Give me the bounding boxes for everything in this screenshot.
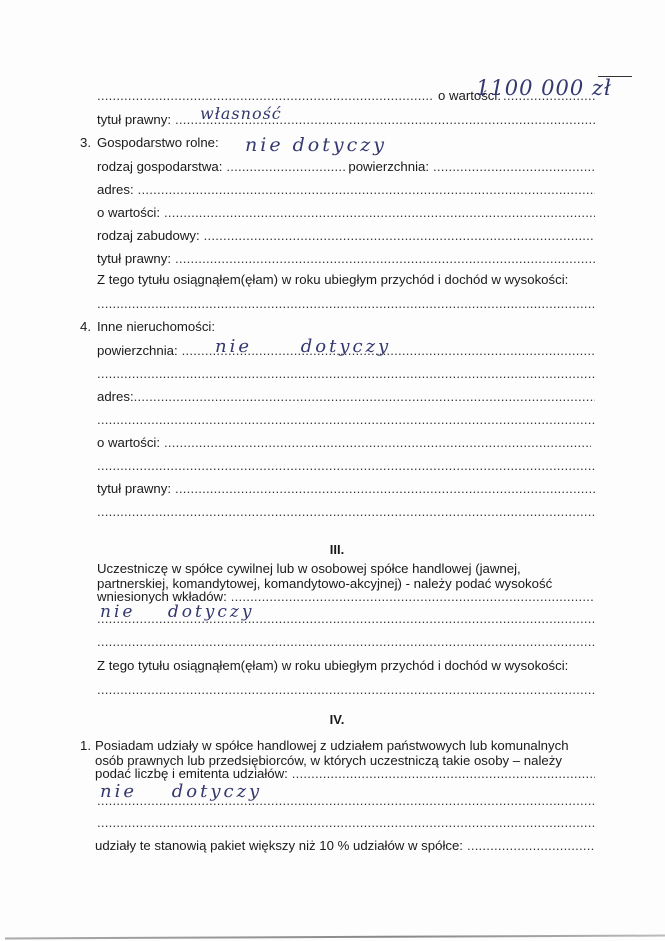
- other-value-row: o wartości:: [97, 435, 591, 451]
- other-title-row: tytuł prawny:: [97, 481, 595, 497]
- shares-field-3[interactable]: [97, 815, 595, 831]
- shares-field[interactable]: [292, 766, 595, 782]
- other-area-row-2: [97, 366, 595, 382]
- part-iii-heading: III.: [307, 542, 367, 557]
- legal-title-row: tytuł prawny:: [97, 112, 595, 128]
- declaration-page: o wartości: 1100 000 zł tytuł prawny: wł…: [0, 0, 665, 941]
- part-iii-income-label: Z tego tytułu osiągnąłem(ęłam) w roku ub…: [97, 658, 568, 674]
- section-3-number: 3.: [80, 135, 91, 151]
- section-4-heading: Inne nieruchomości:: [97, 319, 215, 335]
- shares-row-3: [97, 815, 595, 831]
- farm-value-field[interactable]: [164, 205, 595, 221]
- scan-bottom-edge: [5, 935, 665, 940]
- other-address-field[interactable]: [134, 389, 595, 405]
- farm-title-field[interactable]: [175, 251, 595, 267]
- farm-income-row: [97, 296, 595, 312]
- farm-address-row: adres:: [97, 182, 595, 198]
- other-value-field-2[interactable]: [97, 458, 595, 474]
- other-title-field-2[interactable]: [97, 504, 595, 520]
- other-title-field[interactable]: [175, 481, 595, 497]
- other-address-row: adres:: [97, 389, 595, 405]
- farm-income-label: Z tego tytułu osiągnąłem(ęłam) w roku ub…: [97, 272, 568, 288]
- other-address-field-2[interactable]: [97, 412, 595, 428]
- other-address-row-2: [97, 412, 595, 428]
- section-4-number: 4.: [80, 319, 91, 335]
- part-iii-income-field[interactable]: [97, 682, 595, 698]
- farm-buildings-field[interactable]: [204, 228, 595, 244]
- part-iii-text-1: Uczestniczę w spółce cywilnej lub w osob…: [97, 562, 521, 577]
- contributions-field[interactable]: [231, 589, 595, 605]
- other-area-field-2[interactable]: [97, 366, 595, 382]
- legal-title-handwritten: własność: [200, 104, 282, 123]
- farm-type-field[interactable]: [226, 159, 346, 175]
- contributions-row-3: [97, 634, 595, 650]
- part-iv-heading: IV.: [307, 712, 367, 727]
- farm-area-field[interactable]: [433, 159, 595, 175]
- part-iii-income-row: [97, 682, 595, 698]
- section-3-handwritten: nie dotyczy: [245, 134, 387, 156]
- farm-value-row: o wartości:: [97, 205, 595, 221]
- farm-buildings-row: rodzaj zabudowy:: [97, 228, 595, 244]
- farm-title-row: tytuł prawny:: [97, 251, 595, 267]
- farm-income-field[interactable]: [97, 296, 595, 312]
- contributions-handwritten: nie dotyczy: [100, 602, 254, 622]
- section-3-heading: Gospodarstwo rolne:: [97, 135, 219, 151]
- value-handwritten: 1100 000 zł: [476, 76, 612, 100]
- other-area-handwritten: nie dotyczy: [215, 336, 391, 357]
- dotted-fill: [97, 88, 434, 104]
- other-value-field[interactable]: [164, 435, 591, 451]
- other-value-row-2: [97, 458, 595, 474]
- shares-percentage-field[interactable]: [467, 838, 595, 854]
- shares-percentage-row: udziały te stanowią pakiet większy niż 1…: [95, 838, 595, 854]
- legal-title-label: tytuł prawny:: [97, 112, 171, 128]
- other-title-row-2: [97, 504, 595, 520]
- part-iv-item-number: 1.: [80, 739, 91, 754]
- part-iv-text-1: Posiadam udziały w spółce handlowej z ud…: [95, 739, 569, 754]
- farm-type-row: rodzaj gospodarstwa: powierzchnia:: [97, 159, 595, 175]
- shares-handwritten: nie dotyczy: [100, 781, 262, 802]
- farm-address-field[interactable]: [138, 182, 595, 198]
- contributions-field-3[interactable]: [97, 634, 595, 650]
- shares-row: podać liczbę i emitenta udziałów:: [95, 766, 595, 782]
